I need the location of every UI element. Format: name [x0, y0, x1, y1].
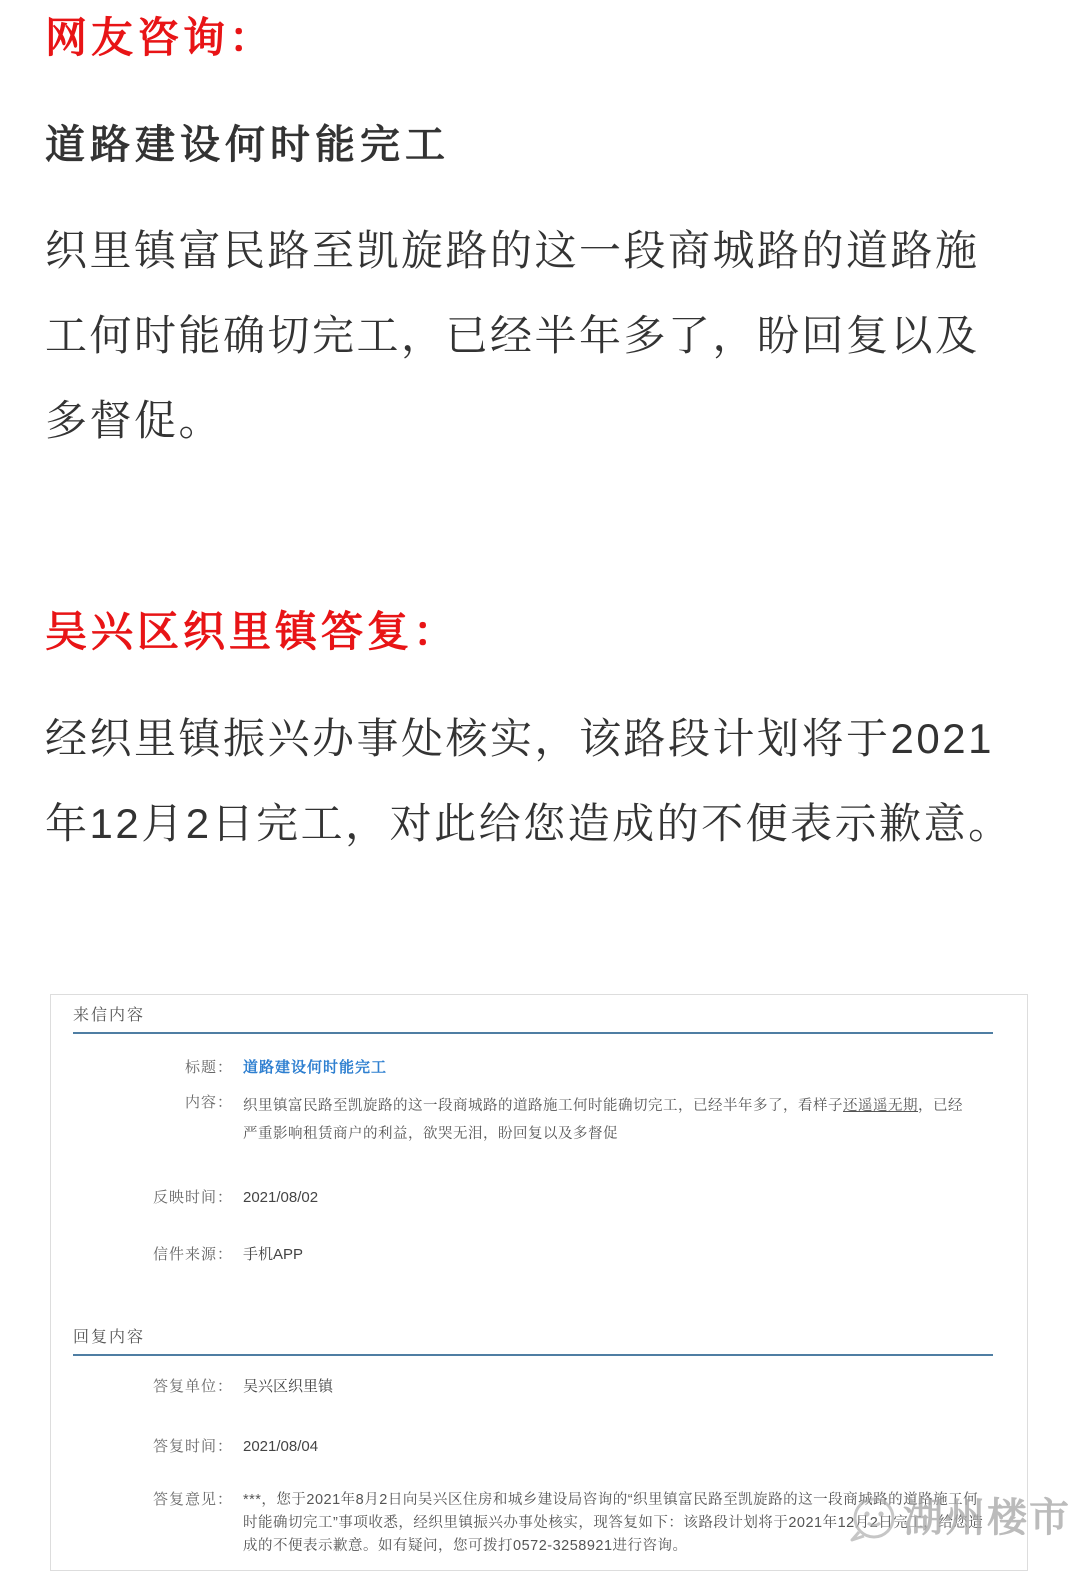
reply-time-row: 答复时间： 2021/08/04 [73, 1436, 1005, 1458]
letter-panel: 来信内容 标题： 道路建设何时能完工 内容： 织里镇富民路至凯旋路的这一段商城路… [50, 994, 1028, 1571]
inquiry-heading: 网友咨询： [45, 0, 1035, 62]
letter-time-row: 反映时间： 2021/08/02 [73, 1187, 1005, 1209]
letter-source-value: 手机APP [243, 1244, 1005, 1266]
reply-time-label: 答复时间： [73, 1436, 233, 1458]
letter-source-label: 信件来源： [73, 1244, 233, 1266]
reply-time-value: 2021/08/04 [243, 1436, 1005, 1458]
letter-title-link[interactable]: 道路建设何时能完工 [243, 1059, 387, 1076]
official-reply-heading: 吴兴区织里镇答复： [45, 608, 1035, 656]
reply-section-header: 回复内容 [73, 1327, 1005, 1349]
inquiry-body: 织里镇富民路至凯旋路的这一段商城路的道路施 工何时能确切完工，已经半年多了，盼回… [45, 208, 1035, 463]
letter-section-divider [73, 1032, 993, 1034]
letter-time-label: 反映时间： [73, 1187, 233, 1209]
inquiry-title: 道路建设何时能完工 [45, 122, 1035, 168]
letter-source-row: 信件来源： 手机APP [73, 1244, 1005, 1266]
letter-content-before: 织里镇富民路至凯旋路的这一段商城路的道路施工何时能确切完工，已经半年多了，看样子 [243, 1098, 843, 1114]
letter-content-text: 织里镇富民路至凯旋路的这一段商城路的道路施工何时能确切完工，已经半年多了，看样子… [243, 1092, 1005, 1148]
reply-unit-label: 答复单位： [73, 1376, 233, 1398]
article-page: 网友咨询： 道路建设何时能完工 织里镇富民路至凯旋路的这一段商城路的道路施 工何… [0, 0, 1080, 1588]
letter-content-label: 内容： [73, 1092, 233, 1114]
reply-opinion-label: 答复意见： [73, 1489, 233, 1511]
letter-title-row: 标题： 道路建设何时能完工 [73, 1057, 1005, 1079]
reply-opinion-value: ***，您于2021年8月2日向吴兴区住房和城乡建设局咨询的“织里镇富民路至凯旋… [243, 1489, 1005, 1558]
letter-content-underlined: 还遥遥无期 [843, 1098, 918, 1114]
letter-title-label: 标题： [73, 1057, 233, 1079]
reply-section-divider [73, 1354, 993, 1356]
letter-time-value: 2021/08/02 [243, 1187, 1005, 1209]
reply-opinion-row: 答复意见： ***，您于2021年8月2日向吴兴区住房和城乡建设局咨询的“织里镇… [73, 1489, 1005, 1558]
official-reply-body: 经织里镇振兴办事处核实，该路段计划将于2021 年12月2日完工，对此给您造成的… [45, 696, 1035, 866]
letter-content-row: 内容： 织里镇富民路至凯旋路的这一段商城路的道路施工何时能确切完工，已经半年多了… [73, 1092, 1005, 1148]
letter-section-header: 来信内容 [73, 1005, 1005, 1027]
reply-unit-value: 吴兴区织里镇 [243, 1376, 1005, 1398]
reply-unit-row: 答复单位： 吴兴区织里镇 [73, 1376, 1005, 1398]
